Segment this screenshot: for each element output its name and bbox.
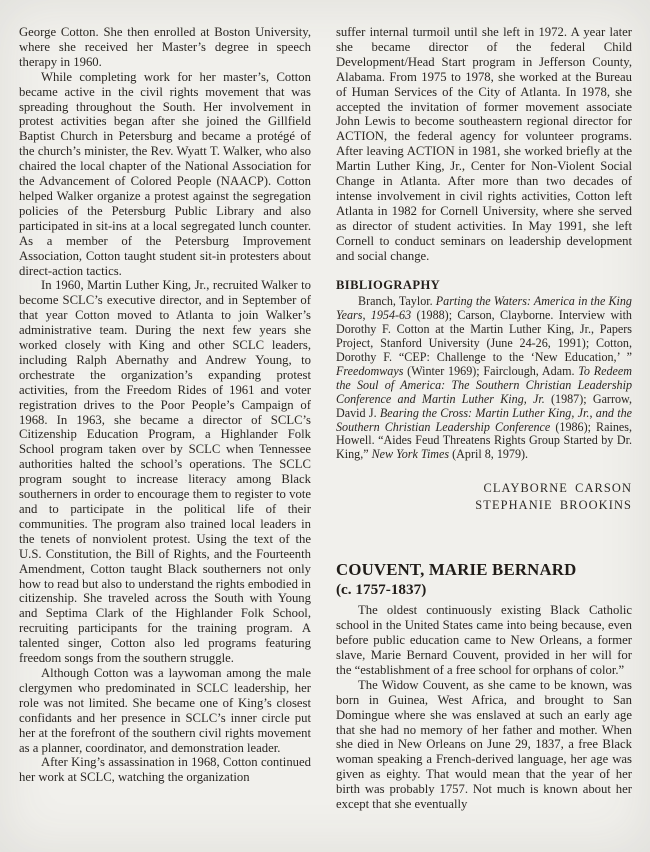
paragraph: George Cotton. She then enrolled at Bost… bbox=[19, 25, 311, 70]
paragraph: After King’s assassination in 1968, Cott… bbox=[19, 755, 311, 785]
entry-title: COUVENT, MARIE BERNARD bbox=[336, 560, 632, 580]
entry-body-text: The oldest continuously existing Black C… bbox=[336, 603, 632, 812]
author-signatures: CLAYBORNE CARSON STEPHANIE BROOKINS bbox=[336, 480, 632, 513]
bibliography-segment-italic: Freedomways bbox=[336, 364, 403, 378]
right-column-body-text: suffer internal turmoil until she left i… bbox=[336, 25, 632, 264]
entry-dates: (c. 1757-1837) bbox=[336, 580, 632, 599]
signature-author-1: CLAYBORNE CARSON bbox=[336, 480, 632, 497]
bibliography-segment: (April 8, 1979). bbox=[449, 447, 528, 461]
paragraph: The oldest continuously existing Black C… bbox=[336, 603, 632, 678]
paragraph: In 1960, Martin Luther King, Jr., recrui… bbox=[19, 278, 311, 666]
bibliography-segment: (Winter 1969); Fairclough, Adam. bbox=[403, 364, 578, 378]
paragraph: While completing work for her master’s, … bbox=[19, 70, 311, 279]
left-column: George Cotton. She then enrolled at Bost… bbox=[19, 25, 311, 832]
paragraph: The Widow Couvent, as she came to be kno… bbox=[336, 678, 632, 812]
paragraph: suffer internal turmoil until she left i… bbox=[336, 25, 632, 264]
book-page: George Cotton. She then enrolled at Bost… bbox=[0, 0, 650, 852]
bibliography-heading: BIBLIOGRAPHY bbox=[336, 278, 632, 293]
bibliography-segment-italic: New York Times bbox=[372, 447, 450, 461]
bibliography-segment: Branch, Taylor. bbox=[358, 294, 436, 308]
signature-author-2: STEPHANIE BROOKINS bbox=[336, 497, 632, 514]
paragraph: Although Cotton was a laywoman among the… bbox=[19, 666, 311, 755]
bibliography-text: Branch, Taylor. Parting the Waters: Amer… bbox=[336, 295, 632, 462]
right-column: suffer internal turmoil until she left i… bbox=[336, 25, 632, 832]
